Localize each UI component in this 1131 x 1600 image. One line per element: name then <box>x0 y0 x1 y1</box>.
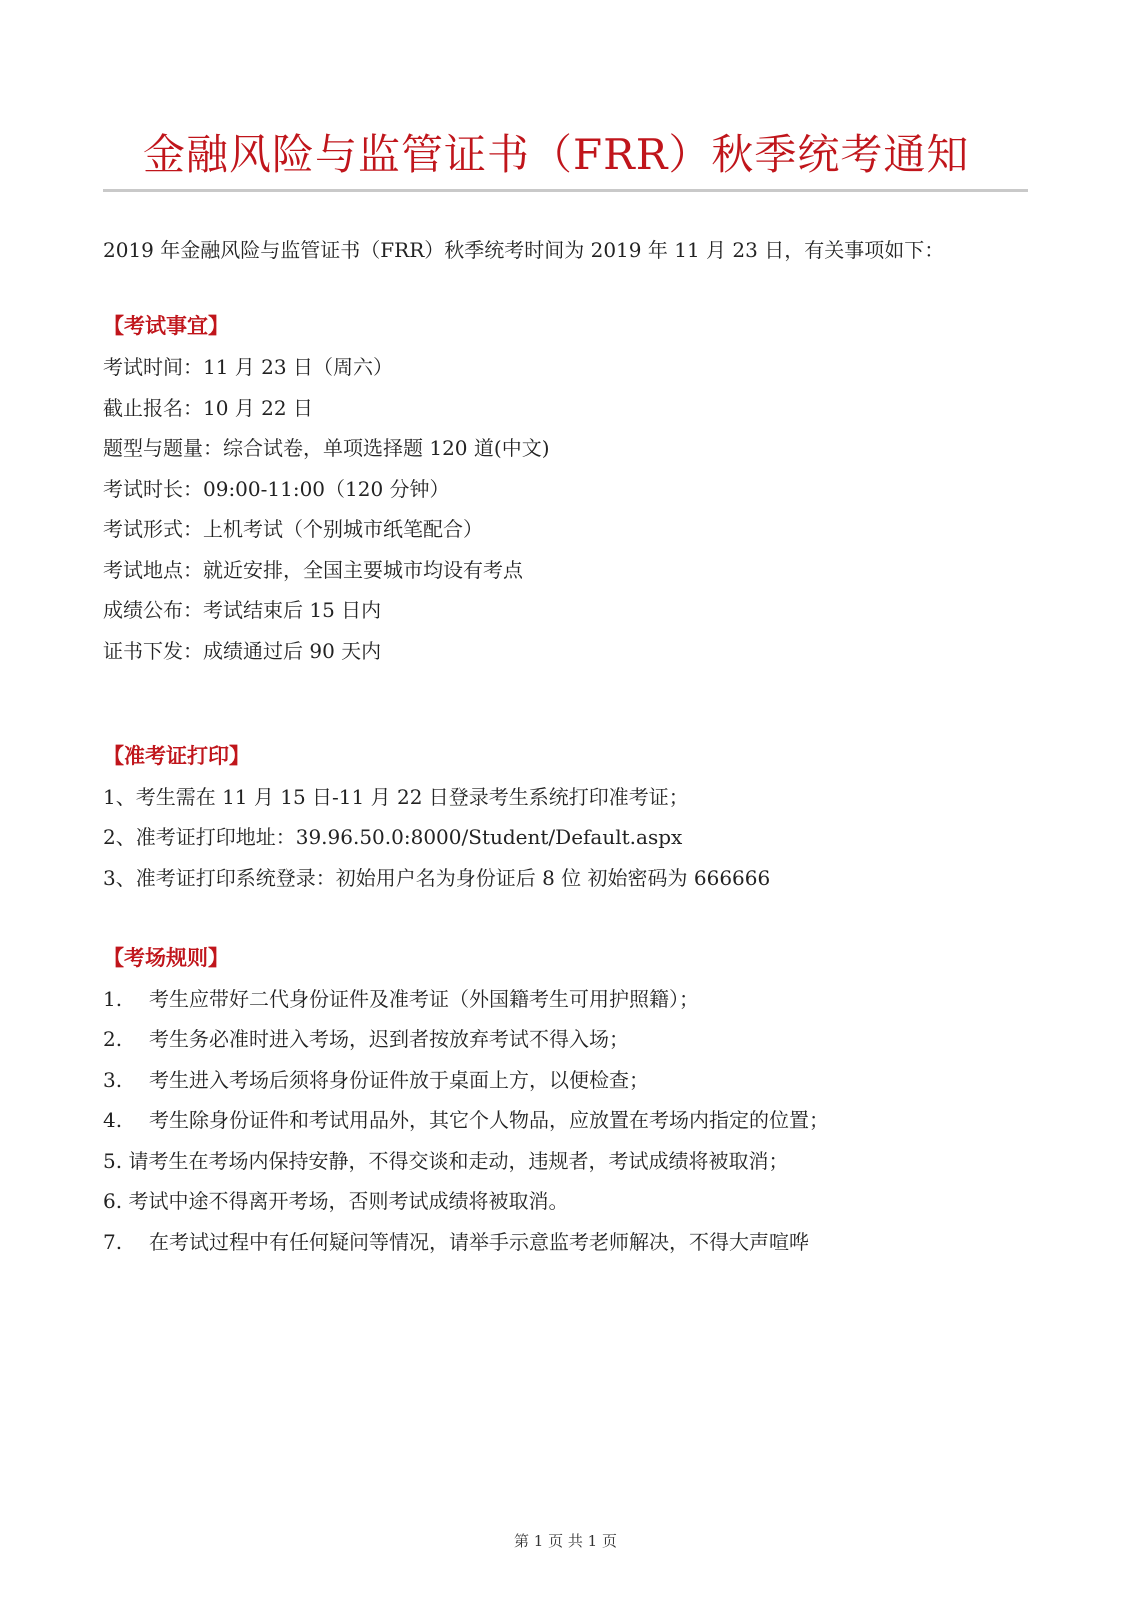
section-heading-exam-rules: 【考场规则】 <box>103 942 229 972</box>
rule-number: 2. <box>103 1027 149 1051</box>
rule-item: 5. 请考生在考场内保持安静，不得交谈和走动，违规者，考试成绩将被取消； <box>103 1145 788 1174</box>
rule-item: 2.考生务必准时进入考场，迟到者按放弃考试不得入场； <box>103 1023 629 1052</box>
rule-item: 3.考生进入考场后须将身份证件放于桌面上方，以便检查； <box>103 1064 649 1093</box>
rule-number: 3. <box>103 1068 149 1092</box>
rule-text: 考生除身份证件和考试用品外，其它个人物品，应放置在考场内指定的位置； <box>149 1108 829 1132</box>
rule-number: 6. <box>103 1189 122 1213</box>
title-divider <box>103 189 1028 192</box>
exam-location-line: 考试地点：就近安排，全国主要城市均设有考点 <box>103 554 523 583</box>
section-heading-exam-matters: 【考试事宜】 <box>103 310 229 340</box>
rule-number: 1. <box>103 987 149 1011</box>
rule-text: 考生务必准时进入考场，迟到者按放弃考试不得入场； <box>149 1027 629 1051</box>
rule-item: 6. 考试中途不得离开考场，否则考试成绩将被取消。 <box>103 1185 568 1214</box>
rule-item: 7.在考试过程中有任何疑问等情况，请举手示意监考老师解决，不得大声喧哗 <box>103 1226 809 1255</box>
exam-time-line: 考试时间：11 月 23 日（周六） <box>103 351 393 380</box>
rule-item: 4.考生除身份证件和考试用品外，其它个人物品，应放置在考场内指定的位置； <box>103 1104 829 1133</box>
admission-login-line: 3、准考证打印系统登录：初始用户名为身份证后 8 位 初始密码为 666666 <box>103 862 770 891</box>
rule-number: 4. <box>103 1108 149 1132</box>
exam-format-line: 考试形式：上机考试（个别城市纸笔配合） <box>103 513 483 542</box>
rule-item: 1.考生应带好二代身份证件及准考证（外国籍考生可用护照籍）； <box>103 983 699 1012</box>
rule-text: 考试中途不得离开考场，否则考试成绩将被取消。 <box>128 1189 568 1213</box>
rule-number: 7. <box>103 1230 149 1254</box>
rule-text: 在考试过程中有任何疑问等情况，请举手示意监考老师解决，不得大声喧哗 <box>149 1230 809 1254</box>
admission-print-address-line: 2、准考证打印地址：39.96.50.0:8000/Student/Defaul… <box>103 821 682 850</box>
rule-text: 考生进入考场后须将身份证件放于桌面上方，以便检查； <box>149 1068 649 1092</box>
document-title: 金融风险与监管证书（FRR）秋季统考通知 <box>143 122 969 182</box>
intro-paragraph: 2019 年金融风险与监管证书（FRR）秋季统考时间为 2019 年 11 月 … <box>103 234 944 263</box>
registration-deadline-line: 截止报名：10 月 22 日 <box>103 392 313 421</box>
page-footer: 第 1 页 共 1 页 <box>0 1530 1131 1551</box>
admission-print-period-line: 1、考生需在 11 月 15 日-11 月 22 日登录考生系统打印准考证； <box>103 781 689 810</box>
section-heading-admission-ticket: 【准考证打印】 <box>103 740 250 770</box>
exam-duration-line: 考试时长：09:00-11:00（120 分钟） <box>103 473 450 502</box>
rule-text: 考生应带好二代身份证件及准考证（外国籍考生可用护照籍）； <box>149 987 699 1011</box>
question-type-line: 题型与题量：综合试卷，单项选择题 120 道(中文) <box>103 432 550 461</box>
rule-number: 5. <box>103 1149 122 1173</box>
score-release-line: 成绩公布：考试结束后 15 日内 <box>103 594 381 623</box>
certificate-issue-line: 证书下发：成绩通过后 90 天内 <box>103 635 381 664</box>
rule-text: 请考生在考场内保持安静，不得交谈和走动，违规者，考试成绩将被取消； <box>128 1149 788 1173</box>
